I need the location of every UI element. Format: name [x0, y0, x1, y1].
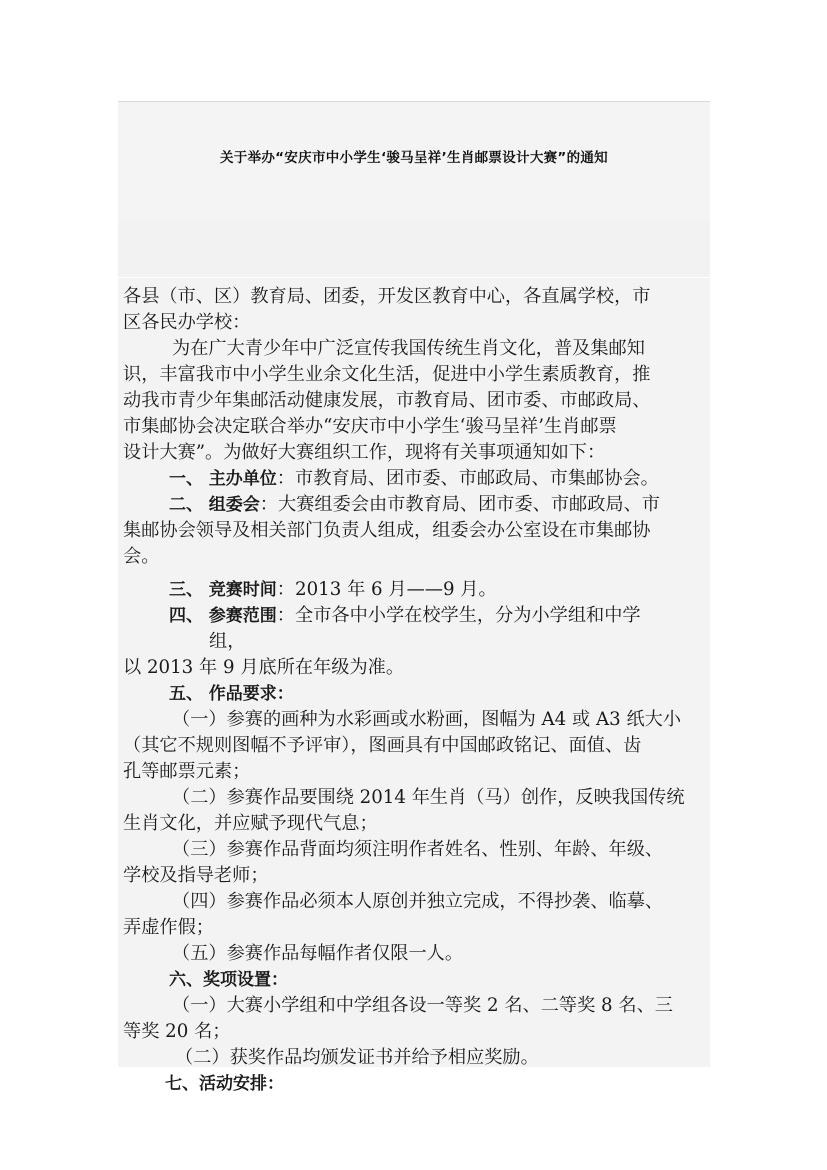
salutation-line: 各县（市、区）教育局、团委，开发区教育中心，各直属学校，市 [123, 284, 708, 310]
requirement-item-line: 生肖文化，并应赋予现代气息； [123, 811, 708, 837]
intro-line: 市集邮协会决定联合举办“安庆市中小学生‘骏马呈祥’生肖邮票 [123, 414, 708, 440]
award-item: （二）获奖作品均颁发证书并给予相应奖励。 [123, 1045, 708, 1071]
salutation-line: 区各民办学校： [123, 310, 708, 336]
section-text: 大赛组委会由市教育局、团市委、市邮政局、市 [278, 494, 660, 515]
intro-line: 设计大赛”。为做好大赛组织工作，现将有关事项通知如下： [123, 440, 708, 466]
section-organizer: 一、 主办单位：市教育局、团市委、市邮政局、市集邮协会。 [123, 466, 708, 492]
section-heading: 六、奖项设置： [169, 970, 288, 990]
award-item: （一）大赛小学组和中学组各设一等奖 2 名、二等奖 8 名、三 [123, 993, 708, 1019]
section-committee: 二、 组委会：大赛组委会由市教育局、团市委、市邮政局、市 [123, 492, 708, 518]
section-heading: 参赛范围 [209, 606, 277, 626]
award-item-line: 等奖 20 名； [123, 1019, 708, 1045]
section-heading: 七、活动安排： [165, 1074, 284, 1094]
spacer-panel [118, 221, 710, 277]
section-text-line: 会。 [123, 544, 708, 570]
intro-line: 动我市青少年集邮活动健康发展，市教育局、团市委、市邮政局、 [123, 388, 708, 414]
requirement-item: （五）参赛作品每幅作者仅限一人。 [123, 941, 708, 967]
section-text-line: 以 2013 年 9 月底所在年级为准。 [123, 655, 708, 681]
colon: ： [277, 605, 295, 626]
section-awards: 六、奖项设置： [123, 967, 708, 993]
requirement-item-line: （其它不规则图幅不予评审），图画具有中国邮政铭记、面值、齿 [123, 733, 708, 759]
section-number: 五、 [169, 684, 203, 704]
colon: ： [277, 468, 295, 489]
intro-line: 为在广大青少年中广泛宣传我国传统生肖文化，普及集邮知 [123, 336, 708, 362]
section-time: 三、 竞赛时间：2013 年 6 月——9 月。 [123, 577, 708, 603]
section-number: 二、 [169, 495, 203, 515]
section-heading: 组委会 [209, 495, 260, 515]
section-text: 全市各中小学在校学生，分为小学组和中学 [295, 605, 641, 626]
section-text-line: 组， [123, 629, 708, 655]
intro-line: 识，丰富我市中小学生业余文化生活，促进中小学生素质教育，推 [123, 362, 708, 388]
title-panel: 关于举办“安庆市中小学生‘骏马呈祥’生肖邮票设计大赛”的通知 [118, 101, 710, 222]
requirement-item: （一）参赛的画种为水彩画或水粉画，图幅为 A4 或 A3 纸大小 [123, 707, 708, 733]
document-body: 各县（市、区）教育局、团委，开发区教育中心，各直属学校，市 区各民办学校： 为在… [123, 284, 708, 1097]
section-schedule: 七、活动安排： [123, 1071, 708, 1097]
section-text-line: 集邮协会领导及相关部门负责人组成，组委会办公室设在市集邮协 [123, 518, 708, 544]
colon: ： [260, 494, 278, 515]
section-number: 三、 [169, 580, 203, 600]
section-number: 四、 [169, 606, 203, 626]
section-number: 一、 [169, 469, 203, 489]
section-heading: 作品要求： [209, 684, 294, 704]
section-text: 市教育局、团市委、市邮政局、市集邮协会。 [295, 468, 659, 489]
requirement-item-line: 弄虚作假； [123, 915, 708, 941]
requirement-item-line: 学校及指导老师； [123, 863, 708, 889]
requirement-item: （三）参赛作品背面均须注明作者姓名、性别、年龄、年级、 [123, 837, 708, 863]
requirement-item: （四）参赛作品必须本人原创并独立完成，不得抄袭、临摹、 [123, 889, 708, 915]
document-title: 关于举办“安庆市中小学生‘骏马呈祥’生肖邮票设计大赛”的通知 [220, 146, 608, 166]
colon: ： [277, 579, 295, 600]
section-heading: 主办单位 [209, 469, 277, 489]
section-heading: 竞赛时间 [209, 580, 277, 600]
section-scope: 四、 参赛范围：全市各中小学在校学生，分为小学组和中学 [123, 603, 708, 629]
section-text: 2013 年 6 月——9 月。 [295, 579, 497, 600]
section-requirements: 五、 作品要求： [123, 681, 708, 707]
requirement-item: （二）参赛作品要围绕 2014 年生肖（马）创作，反映我国传统 [123, 785, 708, 811]
requirement-item-line: 孔等邮票元素； [123, 759, 708, 785]
